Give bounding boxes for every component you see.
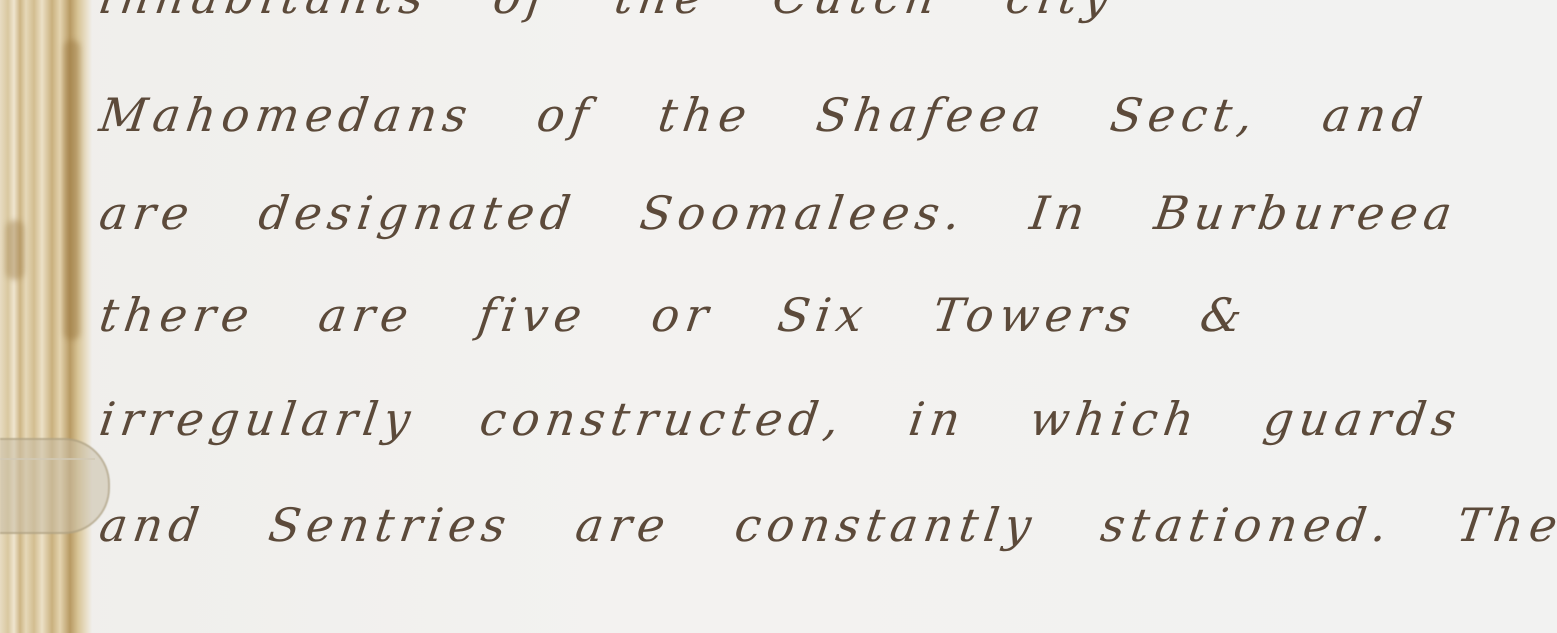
page-tab [0, 438, 110, 534]
water-stain [64, 40, 80, 340]
text-line-1: Mahomedans of the Shafeea Sect, and [96, 88, 1431, 142]
water-stain [6, 220, 24, 280]
text-line-5: and Sentries are constantly stationed. T… [96, 498, 1557, 552]
text-line-3: there are five or Six Towers & [96, 288, 1251, 342]
text-line-0: inhabitants of the Cutch city [96, 0, 1119, 24]
handwritten-text: inhabitants of the Cutch city Mahomedans… [100, 0, 1540, 633]
text-line-4: irregularly constructed, in which guards [96, 392, 1465, 446]
page-binding-edge [0, 0, 92, 633]
text-line-2: are designated Soomalees. In Burbureea [96, 186, 1461, 240]
manuscript-page: inhabitants of the Cutch city Mahomedans… [0, 0, 1557, 633]
